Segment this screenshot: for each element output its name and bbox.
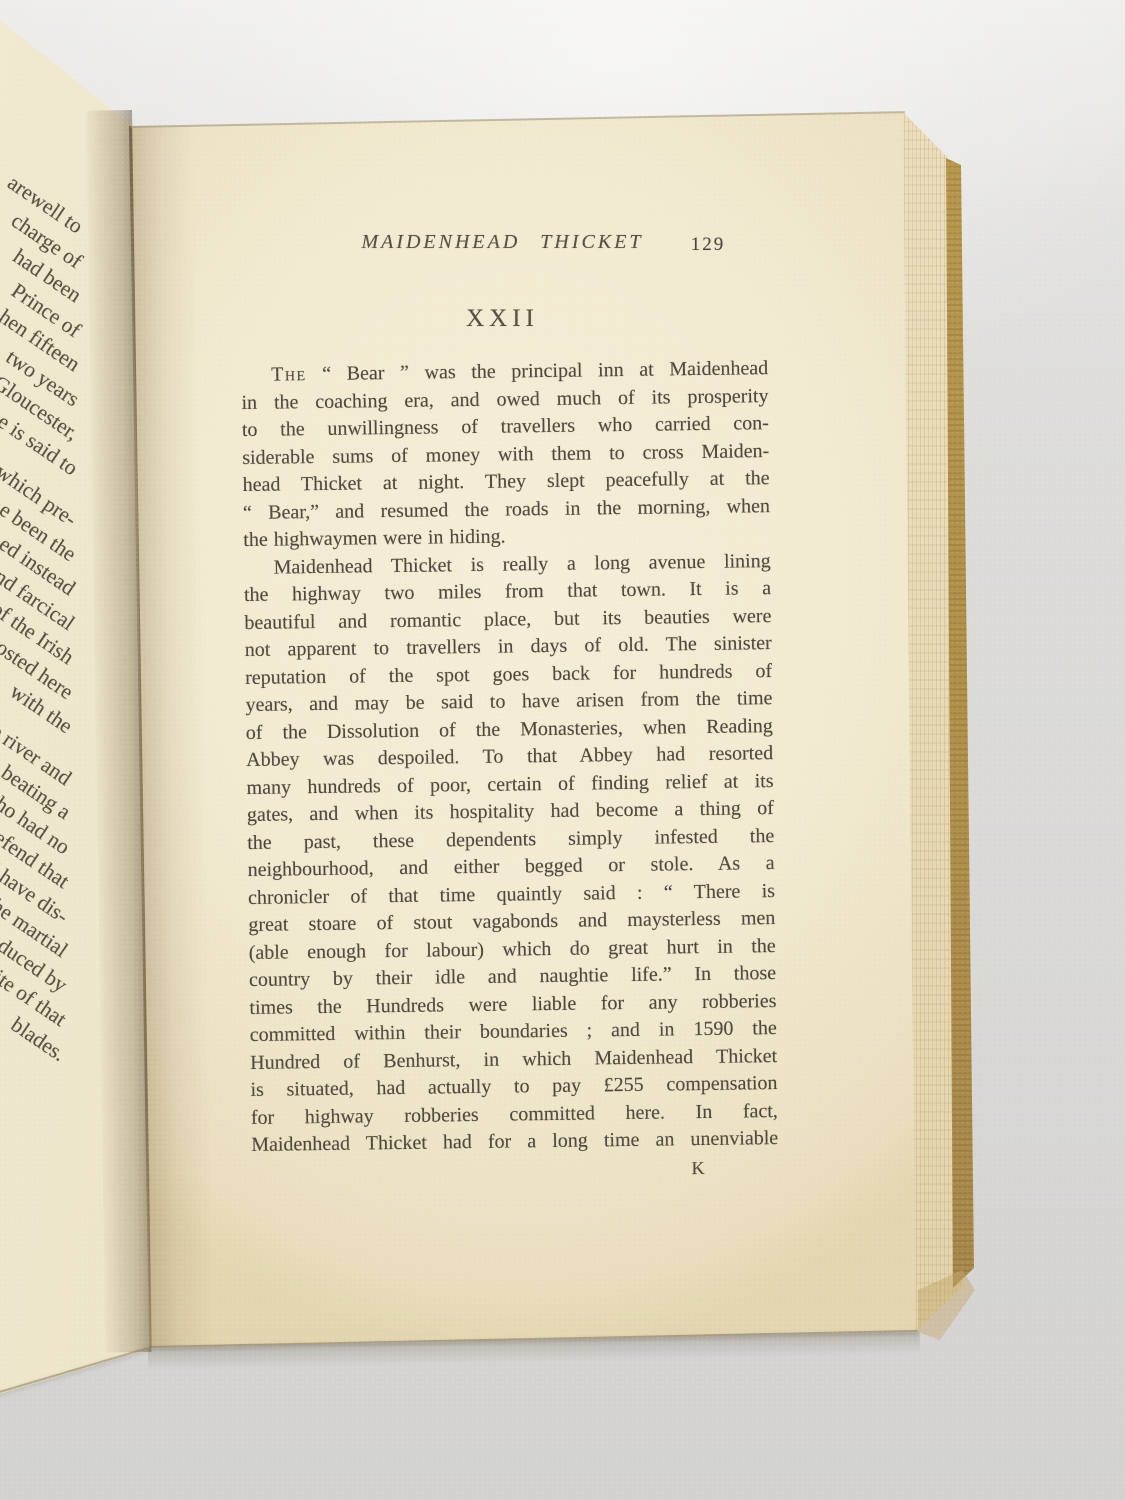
book-photo: arewell to charge of had been Prince of …: [0, 0, 1125, 1500]
paragraph-lead: The: [271, 363, 307, 385]
body-text: The “ Bear ” was the principal inn at Ma…: [241, 355, 779, 1187]
page-number: 129: [648, 234, 768, 256]
body-line-text: “ Bear ” was the principal inn at Maiden…: [322, 357, 768, 385]
chapter-heading: XXII: [240, 305, 765, 333]
left-page-text: arewell to charge of had been Prince of …: [0, 206, 80, 1072]
